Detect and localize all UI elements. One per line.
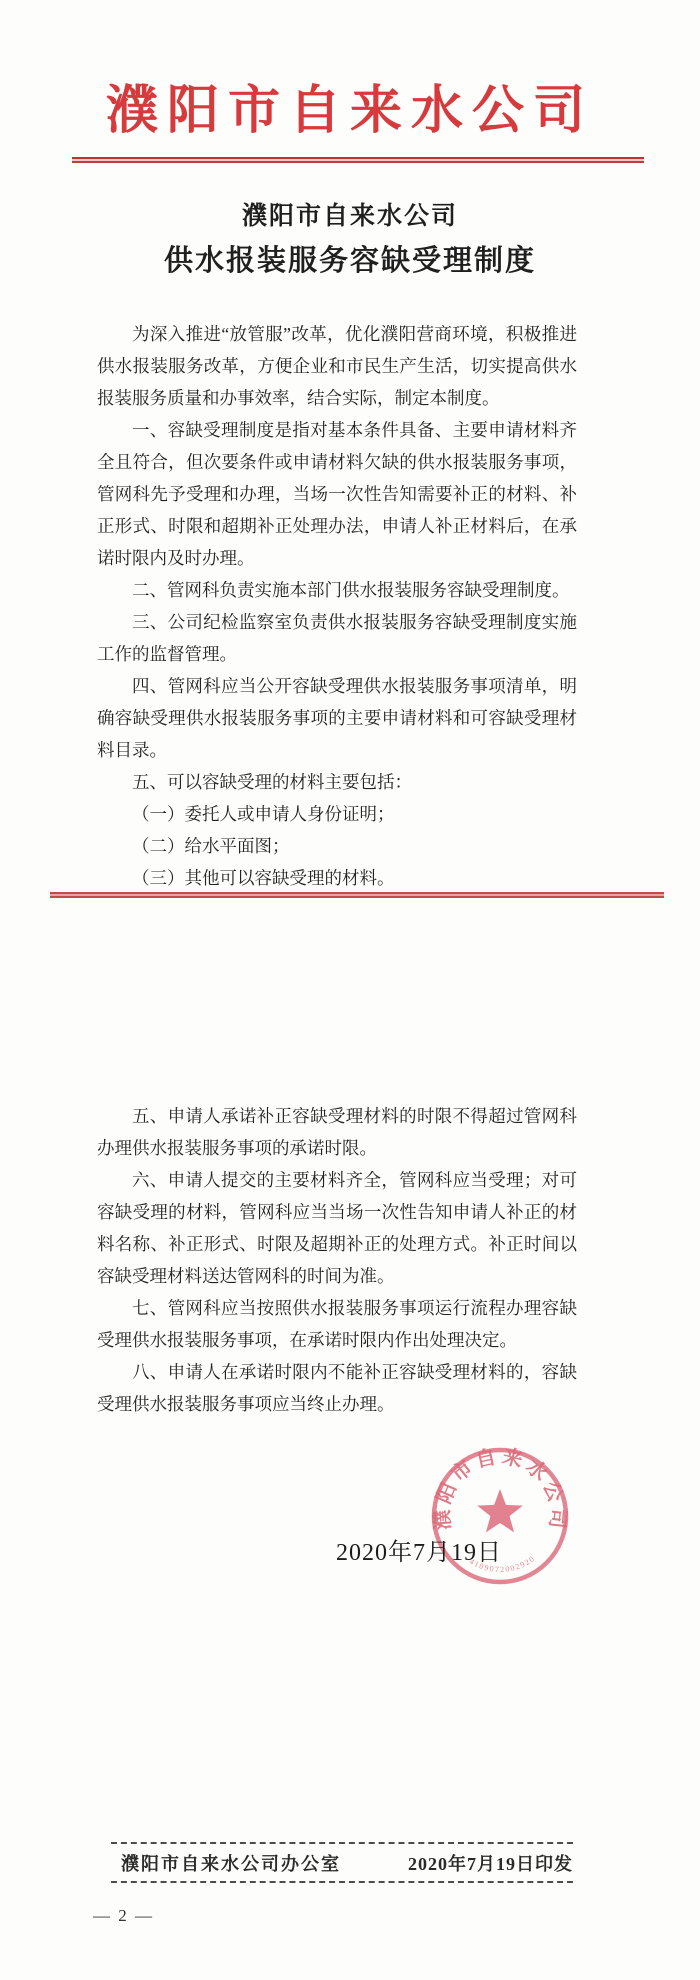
paragraph-item-2: 二、管网科负责实施本部门供水报装服务容缺受理制度。 [97, 574, 577, 606]
paragraph-item-5: 五、可以容缺受理的材料主要包括： [97, 766, 577, 798]
footer-print-date: 2020年7月19日印发 [408, 1850, 573, 1876]
page-number: — 2 — [93, 1906, 154, 1926]
footer-dashed-rule-top [111, 1842, 573, 1844]
paragraph-subitem-3: （三）其他可以容缺受理的材料。 [97, 862, 577, 894]
body-text-page1: 为深入推进“放管服”改革，优化濮阳营商环境，积极推进供水报装服务改革，方便企业和… [97, 318, 577, 894]
document-title: 濮阳市自来水公司 供水报装服务容缺受理制度 [60, 196, 640, 284]
footer-issuing-office: 濮阳市自来水公司办公室 [111, 1850, 341, 1876]
paragraph-intro: 为深入推进“放管服”改革，优化濮阳营商环境，积极推进供水报装服务改革，方便企业和… [97, 318, 577, 414]
document-title-line1: 濮阳市自来水公司 [60, 196, 640, 238]
paragraph-item-3: 三、公司纪检监察室负责供水报装服务容缺受理制度实施工作的监督管理。 [97, 606, 577, 670]
letterhead-company-name: 濮阳市自来水公司 [0, 68, 700, 143]
paragraph-item-6: 六、申请人提交的主要材料齐全，管网科应当受理；对可容缺受理的材料，管网科应当当场… [97, 1164, 577, 1292]
letterhead-red-rule [72, 157, 644, 163]
official-seal: 濮阳市自来水公司 4109072002920 [425, 1441, 575, 1591]
paragraph-item-7: 七、管网科应当按照供水报装服务事项运行流程办理容缺受理供水报装服务事项，在承诺时… [97, 1292, 577, 1356]
issue-date: 2020年7月19日 [336, 1532, 566, 1567]
document-page: 濮阳市自来水公司 濮阳市自来水公司 供水报装服务容缺受理制度 为深入推进“放管服… [0, 0, 700, 1980]
footer-dashed-rule-bottom [111, 1881, 573, 1883]
paragraph-item-4: 四、管网科应当公开容缺受理供水报装服务事项清单，明确容缺受理供水报装服务事项的主… [97, 670, 577, 766]
seal-star-icon [477, 1489, 523, 1532]
paragraph-item-5b: 五、申请人承诺补正容缺受理材料的时限不得超过管网科办理供水报装服务事项的承诺时限… [97, 1100, 577, 1164]
paragraph-item-8: 八、申请人在承诺时限内不能补正容缺受理材料的，容缺受理供水报装服务事项应当终止办… [97, 1356, 577, 1420]
page1-bottom-red-rule [50, 892, 664, 898]
body-text-page2: 五、申请人承诺补正容缺受理材料的时限不得超过管网科办理供水报装服务事项的承诺时限… [97, 1100, 577, 1420]
paragraph-subitem-1: （一）委托人或申请人身份证明； [97, 798, 577, 830]
document-title-line2: 供水报装服务容缺受理制度 [60, 238, 640, 284]
paragraph-subitem-2: （二）给水平面图； [97, 830, 577, 862]
footer-row: 濮阳市自来水公司办公室 2020年7月19日印发 [111, 1850, 573, 1876]
paragraph-item-1: 一、容缺受理制度是指对基本条件具备、主要申请材料齐全且符合，但次要条件或申请材料… [97, 414, 577, 574]
